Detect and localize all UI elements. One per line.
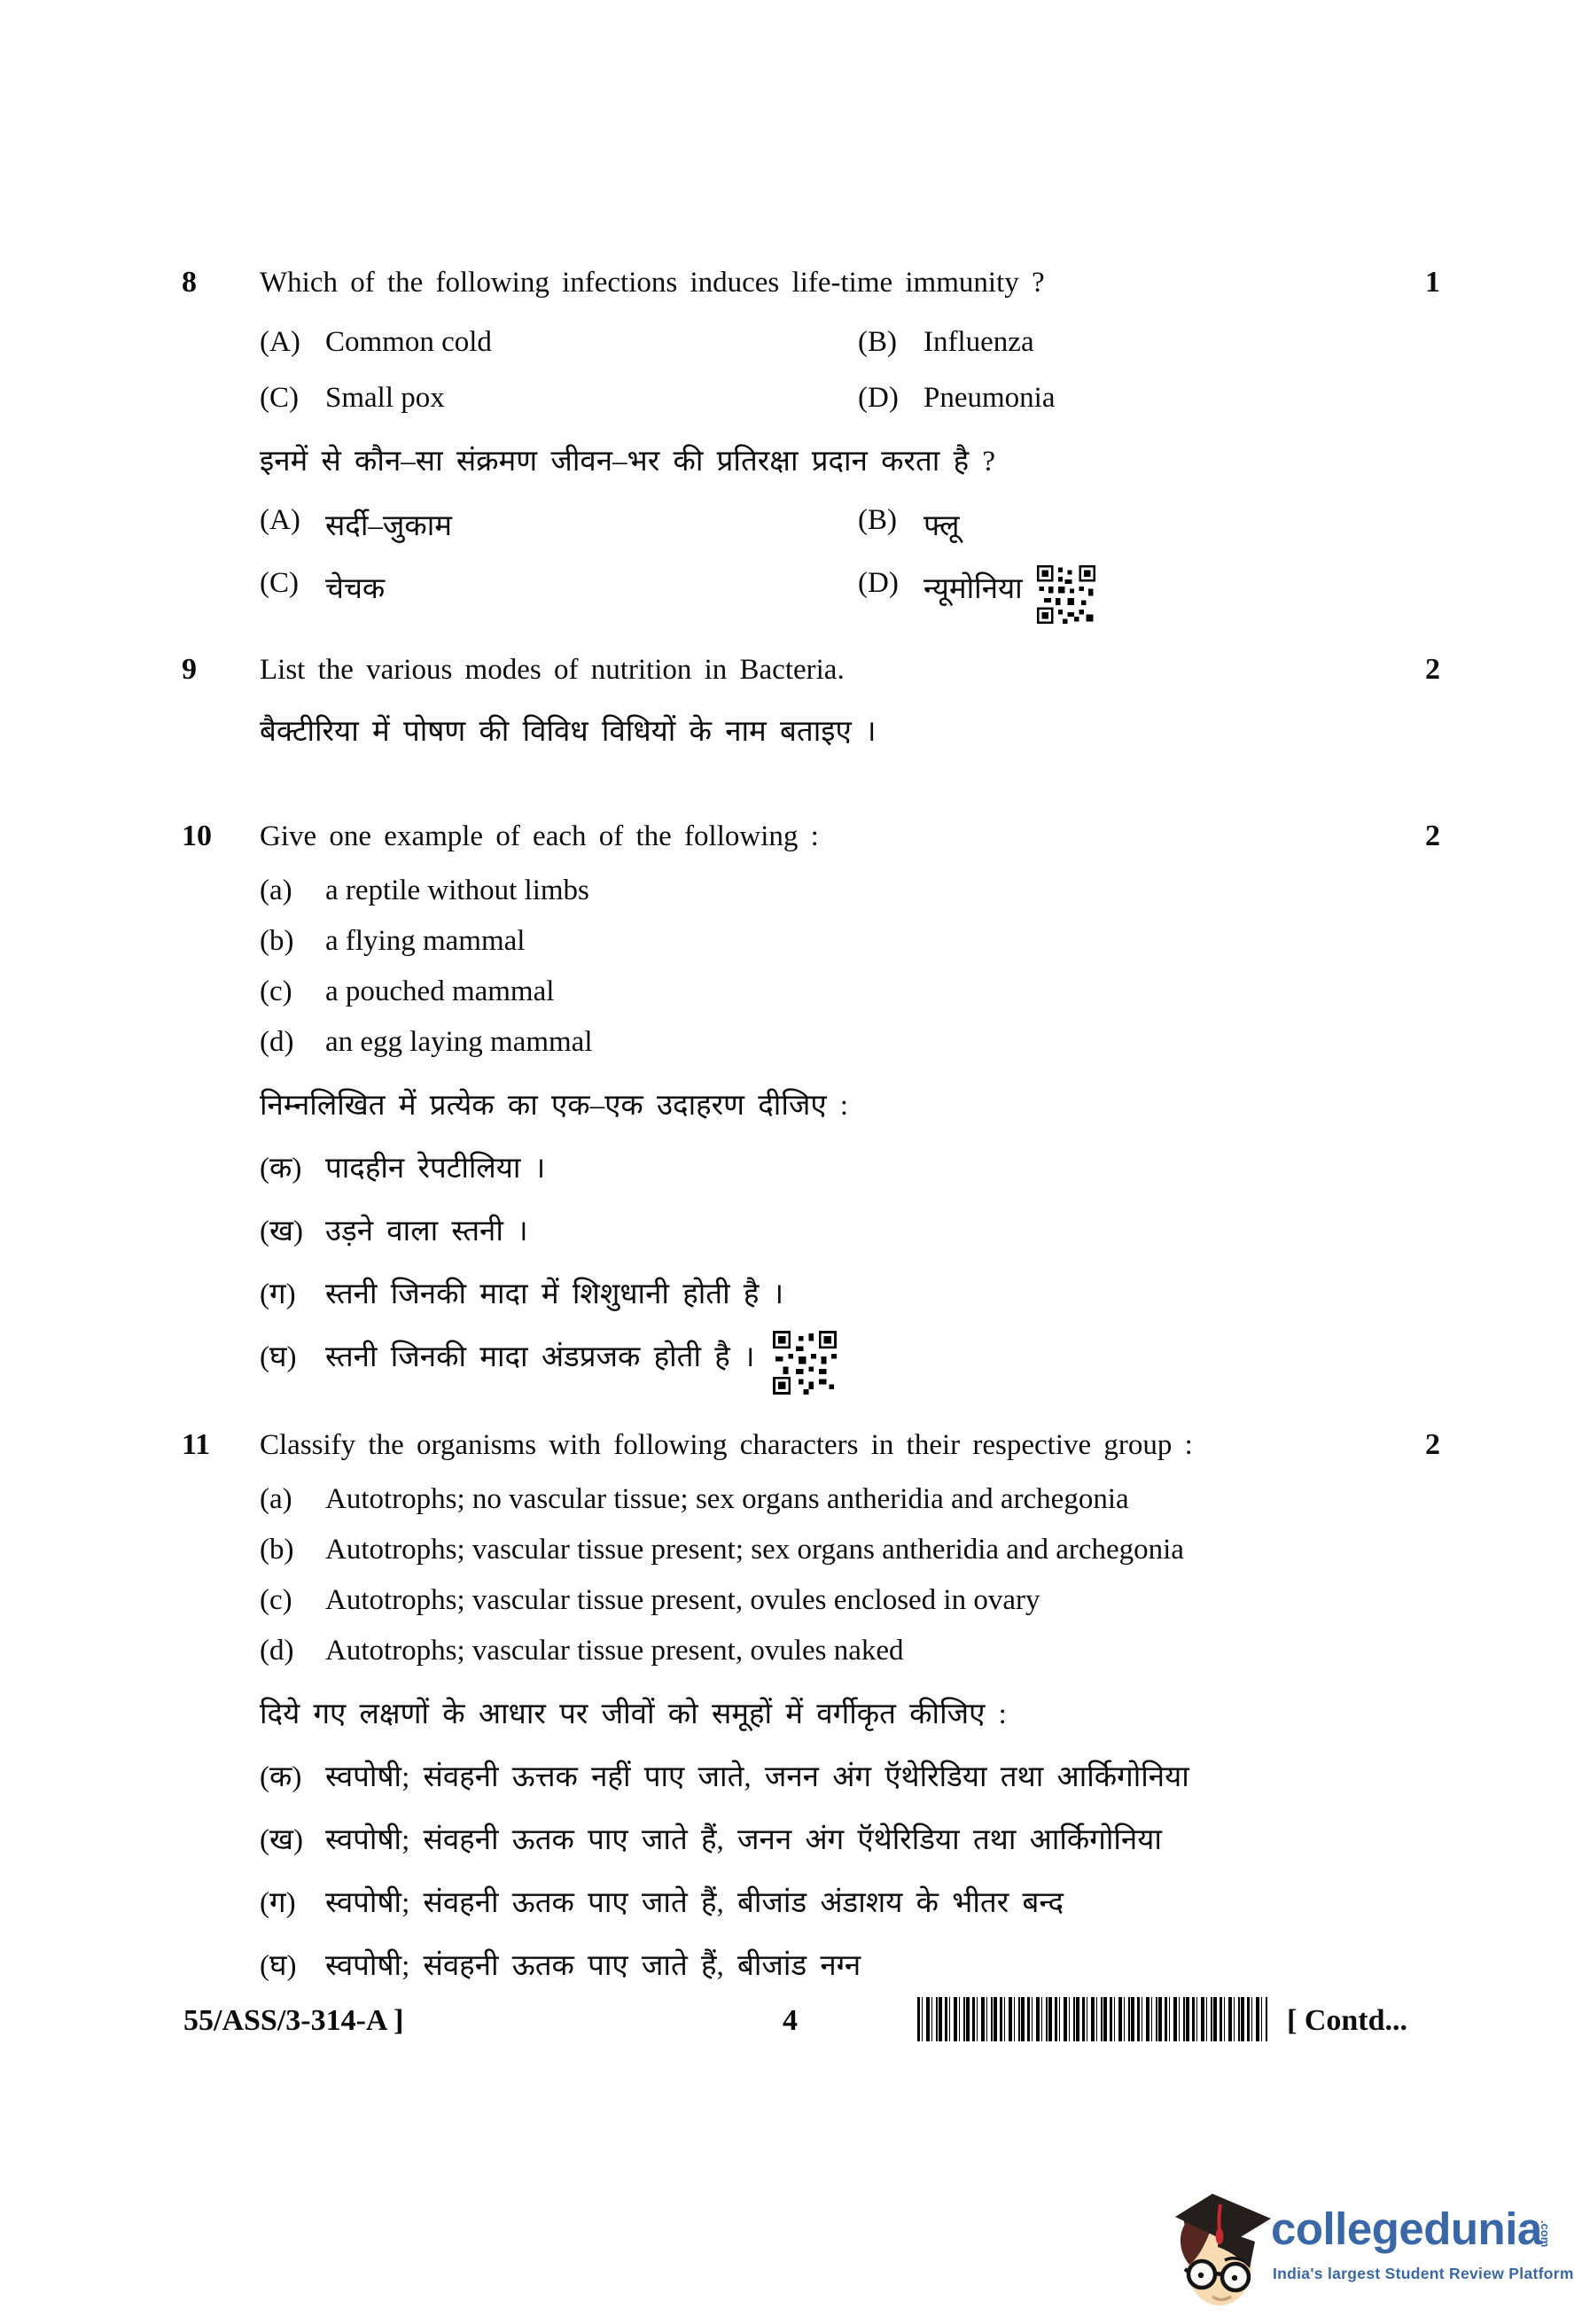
subitem-text: स्वपोषी; संवहनी ऊतक पाए जाते हैं, बीजांड… [325, 1881, 1064, 1921]
question-number: 9 [182, 653, 260, 687]
question-text-en: Give one example of each of the followin… [260, 820, 1403, 853]
subitem-label: (घ) [260, 1944, 325, 1984]
subitem-d-en: (d) Autotrophs; vascular tissue present,… [260, 1635, 1440, 1667]
option-a-hi: (A) सर्दी–जुकाम [260, 504, 858, 544]
qr-code-icon [1037, 562, 1095, 627]
option-label: (D) [858, 382, 923, 415]
subitem-b-en: (b) Autotrophs; vascular tissue present;… [260, 1534, 1440, 1566]
question-marks: 2 [1403, 653, 1440, 687]
option-label: (A) [260, 326, 325, 359]
qr-code-icon [773, 1328, 837, 1397]
option-text: Small pox [325, 382, 445, 415]
subitem-ka-hi: (क) स्वपोषी; संवहनी ऊत्तक नहीं पाए जाते,… [260, 1755, 1440, 1795]
option-a-en: (A) Common cold [260, 326, 858, 359]
question-text-hi: दिये गए लक्षणों के आधार पर जीवों को समूह… [260, 1692, 1440, 1732]
option-label: (C) [260, 567, 325, 600]
mascot-graduate-icon [1168, 2192, 1273, 2309]
option-label: (B) [858, 326, 923, 359]
subitem-c-en: (c) Autotrophs; vascular tissue present,… [260, 1584, 1440, 1617]
subitem-ka-hi: (क) पादहीन रेपटीलिया । [260, 1146, 1440, 1186]
question-text-en: Classify the organisms with following ch… [260, 1429, 1403, 1462]
brand-tagline: India's largest Student Review Platform [1273, 2265, 1574, 2283]
option-b-en: (B) Influenza [858, 326, 1440, 359]
paper-code: 55/ASS/3-314-A ] [183, 2004, 403, 2038]
subitem-label: (b) [260, 1534, 325, 1566]
option-label: (A) [260, 504, 325, 537]
option-label: (D) [858, 567, 923, 600]
subitem-b-en: (b) a flying mammal [260, 925, 1440, 958]
subitem-kha-hi: (ख) स्वपोषी; संवहनी ऊतक पाए जाते हैं, जन… [260, 1818, 1440, 1858]
option-text: Pneumonia [923, 382, 1055, 415]
question-number: 8 [182, 266, 260, 299]
question-text-hi: इनमें से कौन–सा संक्रमण जीवन–भर की प्रति… [260, 439, 1440, 479]
brand-tld: .com [1539, 2220, 1552, 2247]
question-8: 8 Which of the following infections indu… [182, 266, 1440, 627]
question-9: 9 List the various modes of nutrition in… [182, 653, 1440, 750]
subitem-label: (क) [260, 1755, 325, 1795]
subitem-text: पादहीन रेपटीलिया । [325, 1146, 545, 1186]
question-10: 10 Give one example of each of the follo… [182, 820, 1440, 1397]
collegedunia-logo: collegedunia .com India's largest Studen… [1168, 2192, 1582, 2324]
option-c-hi: (C) चेचक [260, 567, 858, 627]
option-text: सर्दी–जुकाम [325, 504, 452, 544]
subitem-text: स्वपोषी; संवहनी ऊत्तक नहीं पाए जाते, जनन… [325, 1755, 1189, 1795]
subitem-text: a flying mammal [325, 925, 525, 958]
subitem-a-en: (a) a reptile without limbs [260, 874, 1440, 907]
subitem-d-en: (d) an egg laying mammal [260, 1026, 1440, 1059]
question-marks: 1 [1403, 266, 1440, 299]
page-number: 4 [783, 2004, 798, 2038]
subitem-text: Autotrophs; vascular tissue present; sex… [325, 1534, 1184, 1566]
option-label: (B) [858, 504, 923, 537]
option-b-hi: (B) फ्लू [858, 504, 1440, 544]
subitem-label: (d) [260, 1026, 325, 1059]
subitem-text: Autotrophs; vascular tissue present, ovu… [325, 1635, 904, 1667]
option-text: Common cold [325, 326, 492, 359]
question-11: 11 Classify the organisms with following… [182, 1428, 1440, 1984]
subitem-label: (ग) [260, 1881, 325, 1921]
contd-label: [ Contd... [1287, 2004, 1407, 2038]
subitem-text: स्तनी जिनकी मादा में शिशुधानी होती है । [325, 1272, 783, 1312]
subitem-text: स्तनी जिनकी मादा अंडप्रजक होती है । [325, 1335, 755, 1397]
option-d-hi: (D) न्यूमोनिया [858, 567, 1440, 627]
option-d-en: (D) Pneumonia [858, 382, 1440, 415]
subitem-label: (c) [260, 975, 325, 1008]
option-label: (C) [260, 382, 325, 415]
subitem-ga-hi: (ग) स्तनी जिनकी मादा में शिशुधानी होती ह… [260, 1272, 1440, 1312]
subitem-label: (क) [260, 1146, 325, 1186]
subitem-c-en: (c) a pouched mammal [260, 975, 1440, 1008]
subitem-text: a pouched mammal [325, 975, 554, 1008]
subitem-text: a reptile without limbs [325, 874, 589, 907]
subitem-a-en: (a) Autotrophs; no vascular tissue; sex … [260, 1483, 1440, 1516]
option-text: न्यूमोनिया [923, 567, 1023, 607]
subitem-label: (ख) [260, 1818, 325, 1858]
question-text-en: Which of the following infections induce… [260, 267, 1403, 299]
option-text: फ्लू [923, 504, 959, 544]
subitem-gha-hi: (घ) स्वपोषी; संवहनी ऊतक पाए जाते हैं, बी… [260, 1944, 1440, 1984]
subitem-label: (b) [260, 925, 325, 958]
question-marks: 2 [1403, 1428, 1440, 1462]
subitem-text: स्वपोषी; संवहनी ऊतक पाए जाते हैं, बीजांड… [325, 1944, 861, 1984]
subitem-label: (घ) [260, 1335, 325, 1397]
subitem-text: Autotrophs; no vascular tissue; sex orga… [325, 1483, 1129, 1516]
subitem-text: an egg laying mammal [325, 1026, 593, 1059]
brand-name: collegedunia [1271, 2206, 1542, 2251]
subitem-gha-hi: (घ) स्तनी जिनकी मादा अंडप्रजक होती है । [260, 1335, 1440, 1397]
question-text-en: List the various modes of nutrition in B… [260, 654, 1403, 687]
subitem-ga-hi: (ग) स्वपोषी; संवहनी ऊतक पाए जाते हैं, बी… [260, 1881, 1440, 1921]
option-text: चेचक [325, 567, 385, 607]
subitem-text: Autotrophs; vascular tissue present, ovu… [325, 1584, 1040, 1617]
subitem-label: (d) [260, 1635, 325, 1667]
subitem-label: (ग) [260, 1272, 325, 1312]
barcode [917, 1997, 1267, 2041]
subitem-text: उड़ने वाला स्तनी । [325, 1209, 528, 1249]
subitem-label: (c) [260, 1584, 325, 1617]
subitem-label: (ख) [260, 1209, 325, 1249]
option-c-en: (C) Small pox [260, 382, 858, 415]
subitem-kha-hi: (ख) उड़ने वाला स्तनी । [260, 1209, 1440, 1249]
question-number: 11 [182, 1428, 260, 1462]
question-marks: 2 [1403, 820, 1440, 853]
option-text: Influenza [923, 326, 1034, 359]
question-text-hi: निम्नलिखित में प्रत्येक का एक–एक उदाहरण … [260, 1084, 1440, 1123]
question-paper-page: 8 Which of the following infections indu… [0, 0, 1582, 2324]
subitem-label: (a) [260, 1483, 325, 1516]
question-text-hi: बैक्टीरिया में पोषण की विविध विधियों के … [260, 710, 1440, 750]
subitem-label: (a) [260, 874, 325, 907]
question-number: 10 [182, 820, 260, 853]
subitem-text: स्वपोषी; संवहनी ऊतक पाए जाते हैं, जनन अं… [325, 1818, 1162, 1858]
